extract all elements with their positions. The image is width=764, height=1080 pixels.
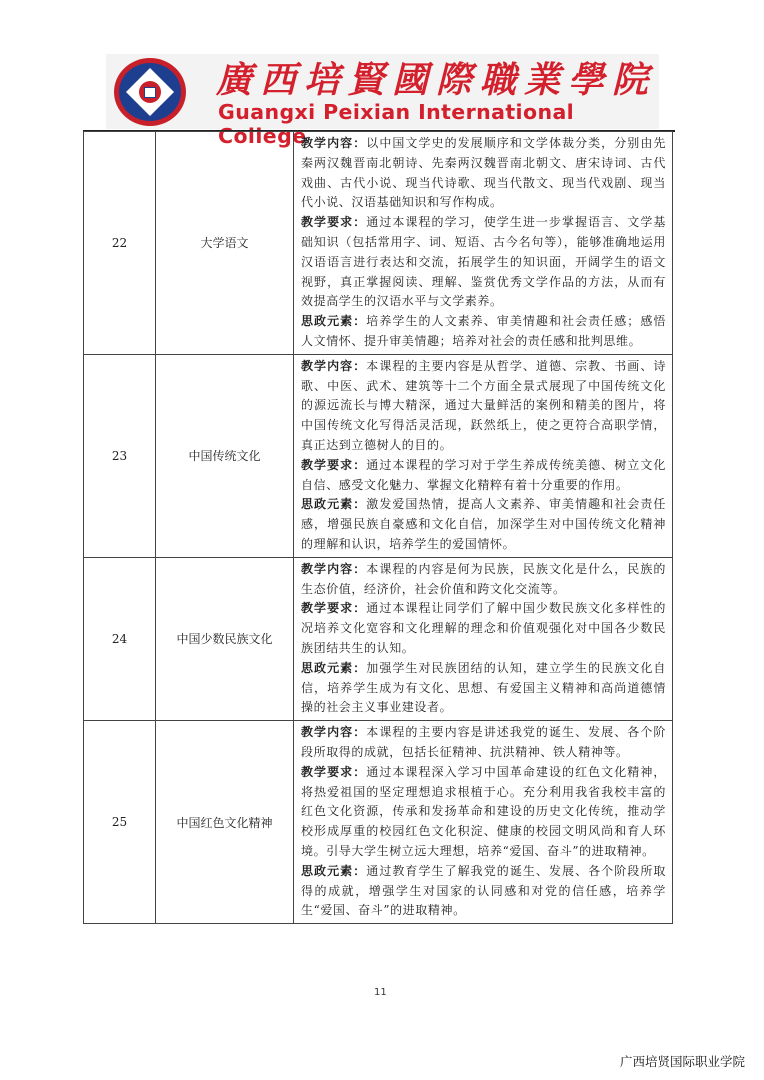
requirement-label: 教学要求： (301, 765, 366, 779)
requirement-paragraph: 教学要求：通过本课程的学习对于学生养成传统美德、树立文化自信、感受文化魅力、掌握… (301, 456, 666, 496)
requirement-paragraph: 教学要求：通过本课程让同学们了解中国少数民族文化多样性的况培养文化宽容和文化理解… (301, 599, 666, 658)
content-label: 教学内容： (301, 562, 366, 576)
content-paragraph: 教学内容：本课程的主要内容是从哲学、道德、宗教、书画、诗歌、中医、武术、建筑等十… (301, 357, 666, 456)
college-name-cn: 廣西培賢國際職業學院 (216, 58, 656, 102)
ideology-label: 思政元素： (301, 314, 366, 328)
book-icon (144, 87, 156, 98)
requirement-label: 教学要求： (301, 458, 366, 472)
course-name: 中国少数民族文化 (156, 557, 294, 720)
course-name: 中国传统文化 (156, 354, 294, 557)
requirement-paragraph: 教学要求：通过本课程深入学习中国革命建设的红色文化精神，将热爱祖国的坚定理想追求… (301, 763, 666, 862)
content-label: 教学内容： (301, 359, 366, 373)
ideology-paragraph: 思政元素：培养学生的人文素养、审美情趣和社会责任感；感悟人文情怀、提升审美情趣；… (301, 312, 666, 352)
ideology-label: 思政元素： (301, 497, 366, 511)
course-number: 22 (84, 132, 156, 355)
header-banner: 廣西培賢國際職業學院 Guangxi Peixian International… (106, 54, 659, 129)
content-paragraph: 教学内容：本课程的内容是何为民族，民族文化是什么，民族的生态价值，经济价，社会价… (301, 560, 666, 600)
ideology-paragraph: 思政元素：加强学生对民族团结的认知，建立学生的民族文化自信，培养学生成为有文化、… (301, 659, 666, 718)
course-number: 25 (84, 721, 156, 924)
requirement-label: 教学要求： (301, 215, 366, 229)
course-name: 中国红色文化精神 (156, 721, 294, 924)
course-description: 教学内容：本课程的主要内容是讲述我党的诞生、发展、各个阶段所取得的成就，包括长征… (294, 721, 673, 924)
logo-inner-ring (119, 63, 181, 121)
content-paragraph: 教学内容：以中国文学史的发展顺序和文学体裁分类，分别由先秦两汉魏晋南北朝诗、先秦… (301, 134, 666, 213)
course-description: 教学内容：本课程的内容是何为民族，民族文化是什么，民族的生态价值，经济价，社会价… (294, 557, 673, 720)
course-table: 22 大学语文 教学内容：以中国文学史的发展顺序和文学体裁分类，分别由先秦两汉魏… (83, 131, 673, 924)
footer-college-name: 广西培贤国际职业学院 (620, 1052, 745, 1070)
logo-core (139, 81, 161, 103)
ideology-label: 思政元素： (301, 864, 366, 878)
table-row: 25 中国红色文化精神 教学内容：本课程的主要内容是讲述我党的诞生、发展、各个阶… (84, 721, 673, 924)
logo-diamond (126, 68, 174, 116)
page-number: 11 (374, 987, 387, 998)
course-name: 大学语文 (156, 132, 294, 355)
requirement-paragraph: 教学要求：通过本课程的学习，使学生进一步掌握语言、文学基础知识（包括常用字、词、… (301, 213, 666, 312)
table-row: 23 中国传统文化 教学内容：本课程的主要内容是从哲学、道德、宗教、书画、诗歌、… (84, 354, 673, 557)
college-logo-icon (114, 58, 186, 126)
ideology-paragraph: 思政元素：通过教育学生了解我党的诞生、发展、各个阶段所取得的成就，增强学生对国家… (301, 862, 666, 921)
table-row: 22 大学语文 教学内容：以中国文学史的发展顺序和文学体裁分类，分别由先秦两汉魏… (84, 132, 673, 355)
ideology-label: 思政元素： (301, 661, 366, 675)
course-description: 教学内容：本课程的主要内容是从哲学、道德、宗教、书画、诗歌、中医、武术、建筑等十… (294, 354, 673, 557)
ideology-paragraph: 思政元素：激发爱国热情，提高人文素养、审美情趣和社会责任感，增强民族自豪感和文化… (301, 495, 666, 554)
requirement-label: 教学要求： (301, 601, 366, 615)
course-number: 23 (84, 354, 156, 557)
table-row: 24 中国少数民族文化 教学内容：本课程的内容是何为民族，民族文化是什么，民族的… (84, 557, 673, 720)
content-paragraph: 教学内容：本课程的主要内容是讲述我党的诞生、发展、各个阶段所取得的成就，包括长征… (301, 723, 666, 763)
content-label: 教学内容： (301, 725, 366, 739)
course-number: 24 (84, 557, 156, 720)
course-description: 教学内容：以中国文学史的发展顺序和文学体裁分类，分别由先秦两汉魏晋南北朝诗、先秦… (294, 132, 673, 355)
content-label: 教学内容： (301, 136, 366, 150)
